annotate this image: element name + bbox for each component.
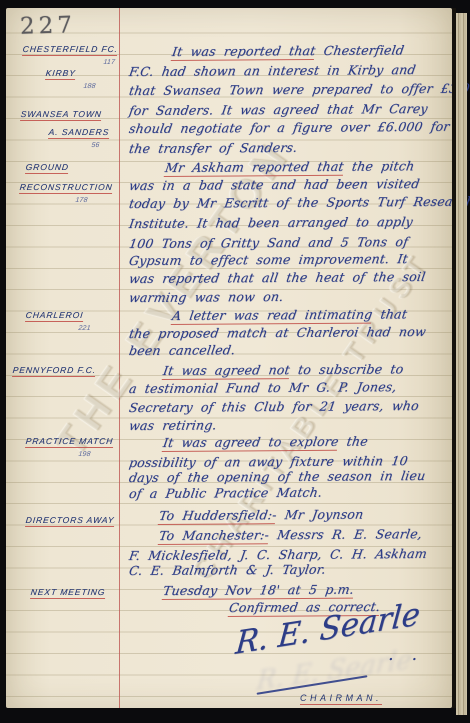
handwritten-line: To Huddersfield:- Mr Joynson: [158, 507, 365, 523]
minute-ref-number: 178: [75, 197, 88, 204]
minute-ref-number: 198: [78, 451, 91, 458]
handwritten-line: It was agreed not to subscribe to: [162, 361, 405, 378]
handwritten-line: C. E. Balmforth & J. Taylor.: [128, 562, 327, 578]
red-underlined-phrase: Tuesday Nov 18' at 5 p.m.: [162, 582, 355, 600]
ledger-page: THE EVERTON CHARITABLE TRUST 227 CHESTER…: [6, 8, 452, 708]
handwritten-line: was retiring.: [128, 417, 218, 433]
handwritten-line: It was reported that Chesterfield: [171, 42, 405, 59]
minute-ref-number: 117: [103, 59, 116, 66]
margin-heading: DIRECTORS AWAY: [25, 515, 115, 527]
handwritten-line: A letter was read intimating that: [171, 306, 408, 323]
red-underlined-phrase: It was agreed to explore: [162, 434, 340, 452]
handwritten-line: F.C. had shown an interest in Kirby and: [128, 62, 417, 79]
margin-heading: PRACTICE MATCH: [25, 436, 114, 448]
handwritten-line: days of the opening of the season in lie…: [128, 468, 427, 485]
handwritten-line: 100 Tons of Gritty Sand and 5 Tons of: [128, 234, 409, 251]
margin-heading: PENNYFORD F.C.: [12, 365, 97, 377]
handwritten-line: for Sanders. It was agreed that Mr Carey: [128, 101, 429, 118]
minute-ref-number: 221: [78, 325, 91, 332]
signature-dots: . .: [388, 644, 423, 665]
handwritten-line: the transfer of Sanders.: [128, 140, 299, 156]
margin-heading: CHARLEROI: [25, 310, 84, 322]
handwritten-line: today by Mr Escritt of the Sports Turf R…: [128, 194, 470, 211]
minute-ref-number: 188: [83, 83, 96, 90]
red-underlined-phrase: It was reported that: [171, 43, 317, 61]
handwritten-line: should negotiate for a figure over £6.00…: [128, 119, 451, 136]
handwritten-line: Secretary of this Club for 21 years, who: [128, 398, 420, 415]
handwritten-line: Mr Askham reported that the pitch: [164, 158, 416, 175]
handwritten-line: F. Micklesfield, J. C. Sharp, C. H. Askh…: [128, 546, 428, 563]
handwritten-line: the proposed match at Charleroi had now: [128, 324, 427, 341]
margin-heading: KIRBY: [45, 68, 76, 80]
handwritten-line: Tuesday Nov 18' at 5 p.m.: [162, 582, 355, 598]
red-underlined-phrase: It was agreed not: [162, 362, 291, 380]
chairman-label: CHAIRMAN.: [300, 693, 382, 705]
red-underlined-phrase: Mr Askham reported that: [164, 159, 345, 177]
margin-heading: CHESTERFIELD FC.: [22, 44, 118, 56]
margin-heading: A. SANDERS: [48, 127, 110, 139]
handwritten-line: a testimonial Fund to Mr G. P. Jones,: [128, 379, 398, 396]
page-number-stamp: 227: [20, 12, 77, 39]
handwritten-line: of a Public Practice Match.: [128, 485, 323, 501]
margin-heading: NEXT MEETING: [30, 587, 106, 599]
handwritten-line: Institute. It had been arranged to apply: [128, 214, 414, 231]
red-underlined-phrase: To Manchester:-: [158, 527, 271, 545]
margin-heading: RECONSTRUCTION: [19, 182, 113, 194]
red-underlined-phrase: A letter was read intimating: [171, 307, 374, 325]
handwritten-line: To Manchester:- Messrs R. E. Searle,: [158, 526, 423, 543]
handwritten-line: It was agreed to explore the: [162, 434, 369, 450]
margin-heading: GROUND: [25, 162, 69, 174]
handwritten-line: Gypsum to effect some improvement. It: [128, 251, 409, 268]
minute-book-photo: THE EVERTON CHARITABLE TRUST 227 CHESTER…: [0, 0, 470, 723]
handwritten-line: that Swansea Town were prepared to offer…: [128, 80, 470, 98]
handwritten-line: was in a bad state and had been visited: [128, 176, 421, 193]
page-edge-stack: [456, 13, 467, 715]
margin-heading: SWANSEA TOWN: [20, 109, 102, 121]
handwritten-line: was reported that all the heat of the so…: [128, 269, 427, 286]
red-underlined-phrase: To Huddersfield:-: [158, 507, 278, 525]
handwritten-line: been cancelled.: [128, 342, 236, 358]
minute-ref-number: 56: [91, 142, 100, 149]
handwritten-line: warming was now on.: [128, 289, 285, 305]
